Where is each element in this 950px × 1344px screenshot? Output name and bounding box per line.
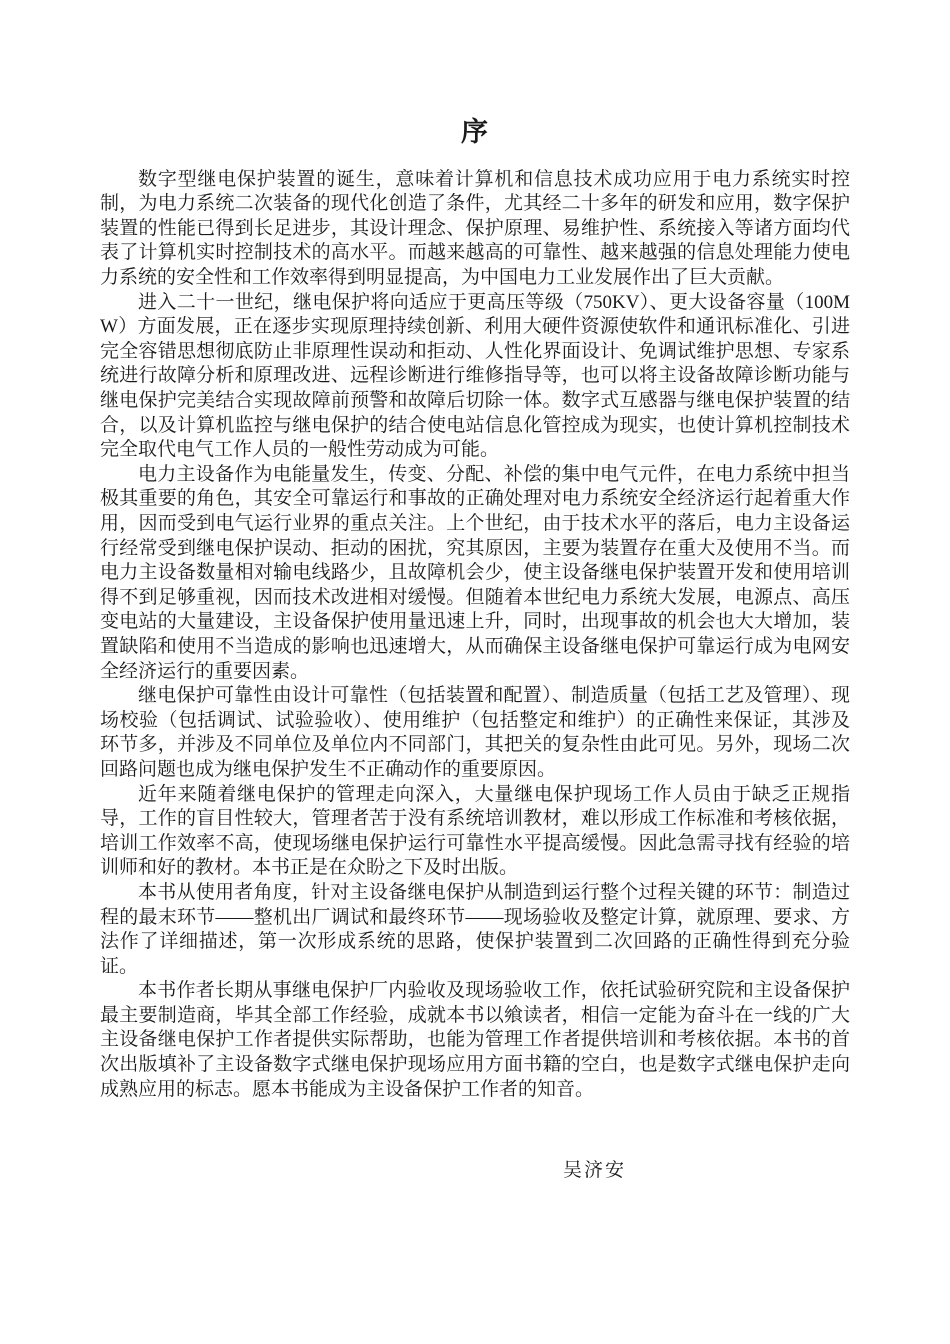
page-title: 序 [100,118,850,148]
signature-row: 吴济安 [100,1159,850,1184]
document-page: 序 数字型继电保护装置的诞生，意味着计算机和信息技术成功应用于电力系统实时控制，… [0,0,950,1344]
paragraph-4: 继电保护可靠性由设计可靠性（包括装置和配置）、制造质量（包括工艺及管理）、现场校… [100,684,850,782]
author-signature: 吴济安 [563,1159,626,1184]
paragraph-7: 本书作者长期从事继电保护厂内验收及现场验收工作，依托试验研究院和主设备保护最主要… [100,979,850,1102]
paragraph-6: 本书从使用者角度，针对主设备继电保护从制造到运行整个过程关键的环节：制造过程的最… [100,881,850,979]
paragraph-1: 数字型继电保护装置的诞生，意味着计算机和信息技术成功应用于电力系统实时控制，为电… [100,168,850,291]
paragraph-5: 近年来随着继电保护的管理走向深入，大量继电保护现场工作人员由于缺乏正规指导，工作… [100,783,850,881]
document-body: 数字型继电保护装置的诞生，意味着计算机和信息技术成功应用于电力系统实时控制，为电… [100,168,850,1103]
paragraph-2: 进入二十一世纪，继电保护将向适应于更高压等级（750KV）、更大设备容量（100… [100,291,850,463]
paragraph-3: 电力主设备作为电能量发生，传变、分配、补偿的集中电气元件，在电力系统中担当极其重… [100,463,850,684]
